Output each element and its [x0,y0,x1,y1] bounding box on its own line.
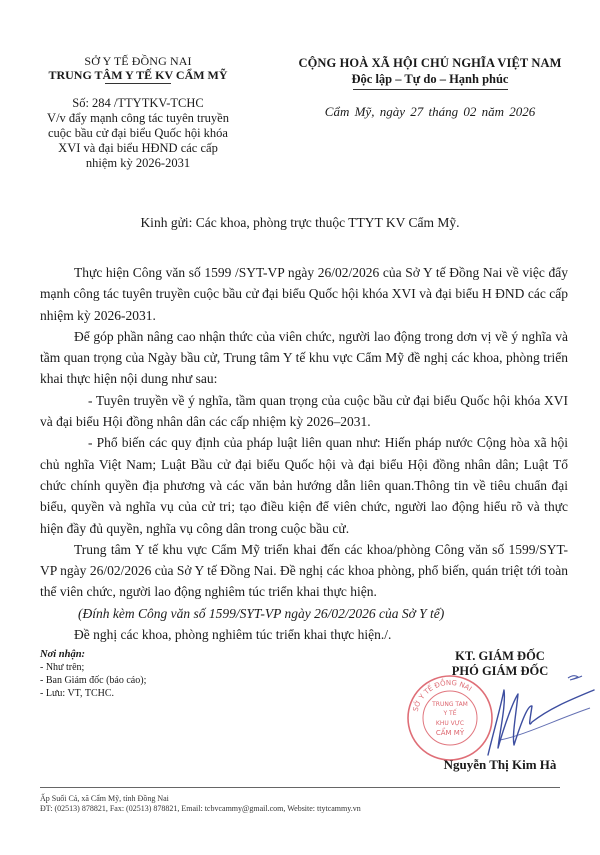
document-body: Thực hiện Công văn số 1599 /SYT-VP ngày … [40,262,568,645]
document-number: Số: 284 /TTYTKV-TCHC [28,96,248,111]
issue-date: Cẩm Mỹ, ngày 27 tháng 02 năm 2026 [270,104,590,119]
footer-contact: Ấp Suối Cả, xã Cẩm Mỹ, tỉnh Đồng Nai ĐT:… [40,794,361,814]
handwritten-signature-icon [470,660,600,770]
body-paragraph: Trung tâm Y tế khu vực Cẩm Mỹ triển khai… [40,539,568,603]
subject-line: XVI và đại biểu HĐND các cấp [33,141,243,156]
subject-line: V/v đẩy mạnh công tác tuyên truyền [33,111,243,126]
document-subject: V/v đẩy mạnh công tác tuyên truyền cuộc … [33,111,243,171]
body-paragraph: Để góp phần nâng cao nhận thức của viên … [40,326,568,390]
footer-address: Ấp Suối Cả, xã Cẩm Mỹ, tỉnh Đồng Nai [40,794,361,804]
national-header-block: CỘNG HOÀ XÃ HỘI CHỦ NGHĨA VIỆT NAM Độc l… [270,56,590,119]
header-underline [105,83,171,84]
footer-contact-line: ĐT: (02513) 878821, Fax: (02513) 878821,… [40,804,361,814]
footer-divider [40,787,560,788]
organization-name: TRUNG TÂM Y TẾ KV CẨM MỸ [28,68,248,82]
attachment-note: (Đính kèm Công văn số 1599/SYT-VP ngày 2… [40,603,568,624]
svg-text:CẨM MỸ: CẨM MỸ [436,727,465,737]
subject-line: nhiệm kỳ 2026-2031 [33,156,243,171]
motto-underline [353,89,508,90]
recipient-item: - Lưu: VT, TCHC. [40,687,146,700]
svg-text:KHU VỰC: KHU VỰC [436,720,464,727]
body-bullet: - Phổ biến các quy định của pháp luật li… [40,432,568,538]
recipients-block: Nơi nhận: - Như trên; - Ban Giám đốc (bá… [40,648,146,700]
subject-line: cuộc bầu cử đại biểu Quốc hội khóa [33,126,243,141]
parent-organization: SỞ Y TẾ ĐỒNG NAI [28,54,248,68]
svg-text:TRUNG TÂM: TRUNG TÂM [431,701,468,708]
addressee: Kinh gửi: Các khoa, phòng trực thuộc TTY… [0,215,600,231]
closing-line: Đề nghị các khoa, phòng nghiêm túc triển… [40,624,568,645]
issuing-authority-block: SỞ Y TẾ ĐỒNG NAI TRUNG TÂM Y TẾ KV CẨM M… [28,54,248,171]
recipient-item: - Ban Giám đốc (báo cáo); [40,674,146,687]
body-bullet: - Tuyên truyền về ý nghĩa, tầm quan trọn… [40,390,568,433]
recipients-title: Nơi nhận: [40,648,146,661]
national-title: CỘNG HOÀ XÃ HỘI CHỦ NGHĨA VIỆT NAM [270,56,590,70]
body-paragraph: Thực hiện Công văn số 1599 /SYT-VP ngày … [40,262,568,326]
recipient-item: - Như trên; [40,661,146,674]
national-motto: Độc lập – Tự do – Hạnh phúc [352,72,509,87]
svg-text:Y TẾ: Y TẾ [442,709,456,717]
